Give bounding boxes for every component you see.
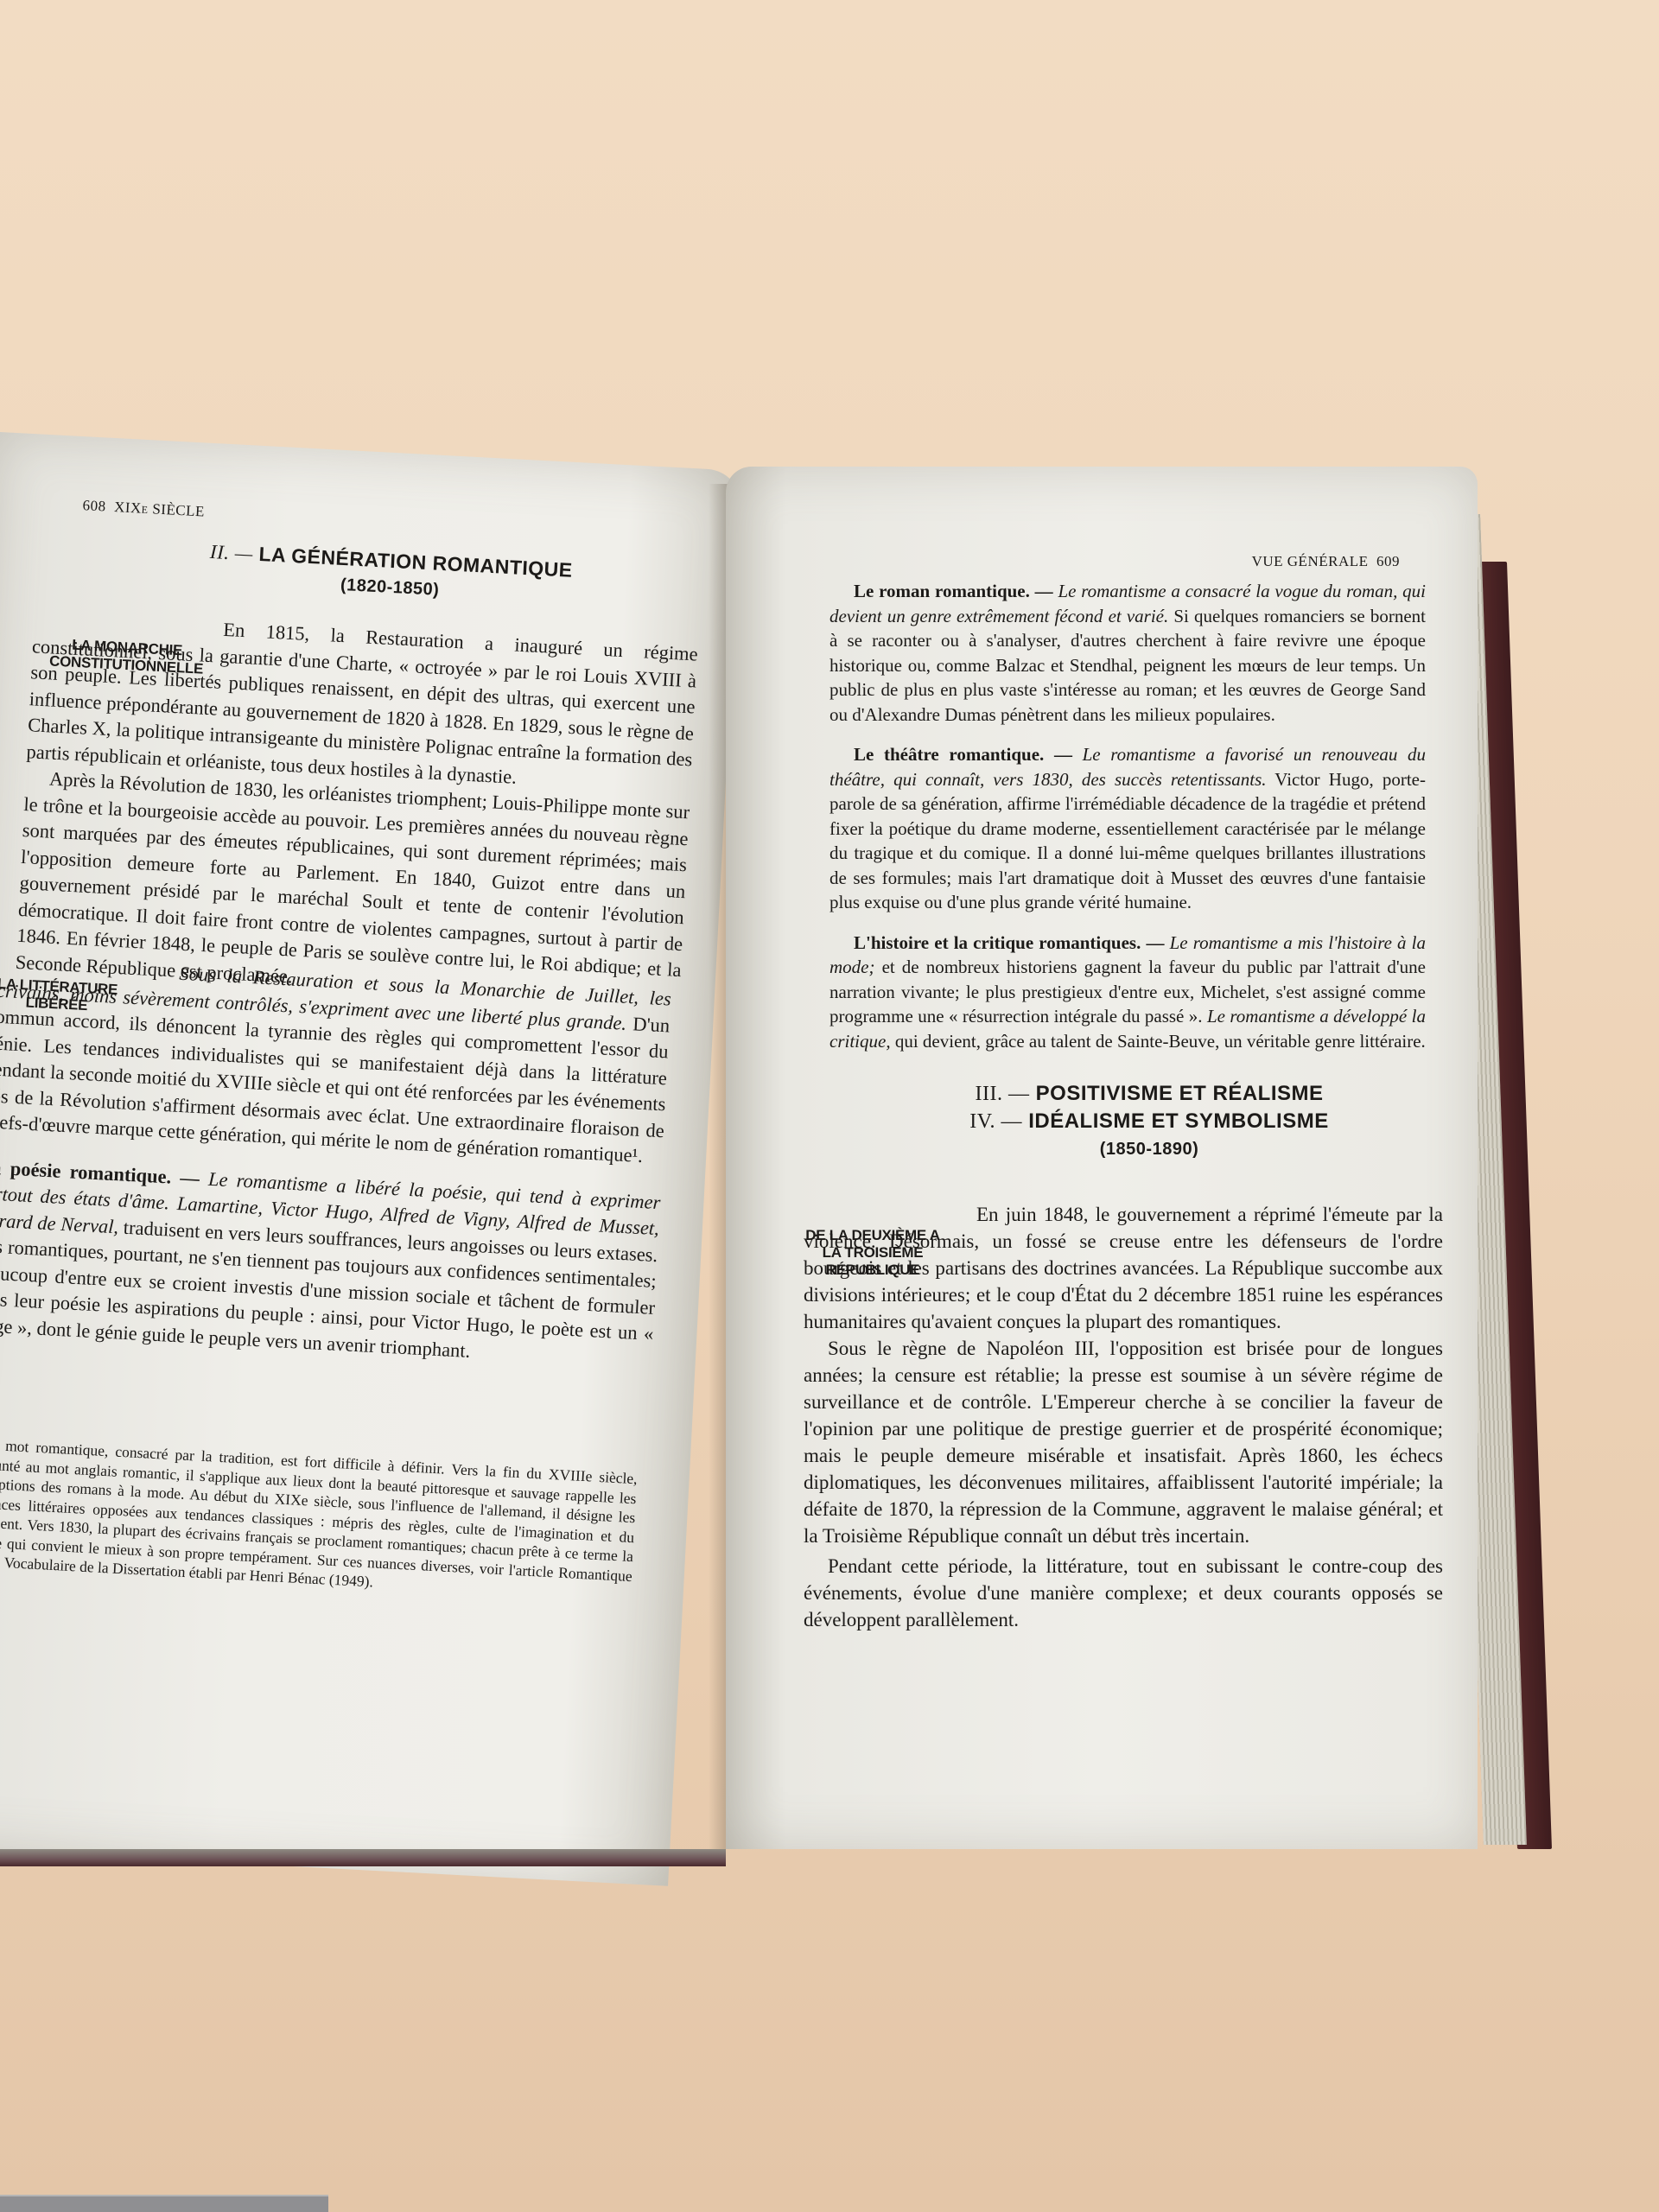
section-iv-title: IDÉALISME ET SYMBOLISME	[1028, 1109, 1329, 1133]
paragraph-poesie: La poésie romantique. — Le romantisme a …	[0, 1154, 661, 1374]
paragraph-theatre: Le théâtre romantique. — Le romantisme a…	[829, 742, 1426, 915]
section-heading-iii-iv: III. — POSITIVISME ET RÉALISME IV. — IDÉ…	[890, 1080, 1408, 1163]
book-bottom-edge	[0, 1849, 726, 1866]
right-running-title: VUE GÉNÉRALE	[1252, 553, 1369, 569]
section-years-2: (1850-1890)	[890, 1135, 1408, 1163]
section-iii-title: POSITIVISME ET RÉALISME	[1036, 1082, 1324, 1105]
left-running-head: 608 XIXe SIÈCLE	[82, 497, 205, 520]
paragraph-roman: Le roman romantique. — Le romantisme a c…	[829, 579, 1426, 727]
right-page-number: 609	[1376, 553, 1400, 569]
left-body-text-2: Sous la Restauration et sous la Monarchi…	[0, 950, 671, 1374]
paragraph-histoire: L'histoire et la critique romantiques. —…	[829, 931, 1426, 1054]
subhead-histoire: L'histoire et la critique romantiques. —	[854, 932, 1164, 953]
section-heading-ii: II. — LA GÉNÉRATION ROMANTIQUE (1820-185…	[148, 535, 633, 613]
subhead-poesie: La poésie romantique. —	[0, 1155, 200, 1188]
left-body-text: En 1815, la Restauration a inauguré un r…	[15, 607, 698, 1010]
left-page: 608 XIXe SIÈCLE II. — LA GÉNÉRATION ROMA…	[0, 432, 742, 1886]
left-running-title: XIXe SIÈCLE	[114, 499, 206, 519]
section-iii-number: III. —	[975, 1083, 1029, 1105]
paragraph-periode: Pendant cette période, la littérature, t…	[804, 1553, 1443, 1633]
right-running-head: VUE GÉNÉRALE 609	[1252, 553, 1400, 570]
right-page: VUE GÉNÉRALE 609 Le roman romantique. — …	[726, 467, 1478, 1849]
subhead-theatre: Le théâtre romantique. —	[854, 744, 1072, 765]
left-page-number: 608	[82, 497, 106, 514]
footnote: 1. Le mot romantique, consacré par la tr…	[0, 1433, 638, 1605]
foreground-object	[0, 2195, 328, 2212]
section-iv-number: IV. —	[969, 1110, 1022, 1133]
subhead-roman: Le roman romantique. —	[854, 581, 1053, 601]
paragraph-theatre-text: Victor Hugo, porte-parole de sa générati…	[829, 769, 1426, 913]
right-body-text: Le roman romantique. — Le romantisme a c…	[829, 579, 1426, 1053]
right-body-text-2: En juin 1848, le gouvernement a réprimé …	[804, 1201, 1443, 1633]
paragraph-poesie-text: traduisent en vers leurs souffrances, le…	[0, 1216, 658, 1361]
paragraph-critique-text: qui devient, grâce au talent de Sainte-B…	[891, 1031, 1426, 1052]
paragraph-juin-1848: En juin 1848, le gouvernement a réprimé …	[804, 1201, 1443, 1335]
section-number: II. —	[209, 541, 253, 565]
paragraph-napoleon-iii: Sous le règne de Napoléon III, l'opposit…	[804, 1335, 1443, 1549]
